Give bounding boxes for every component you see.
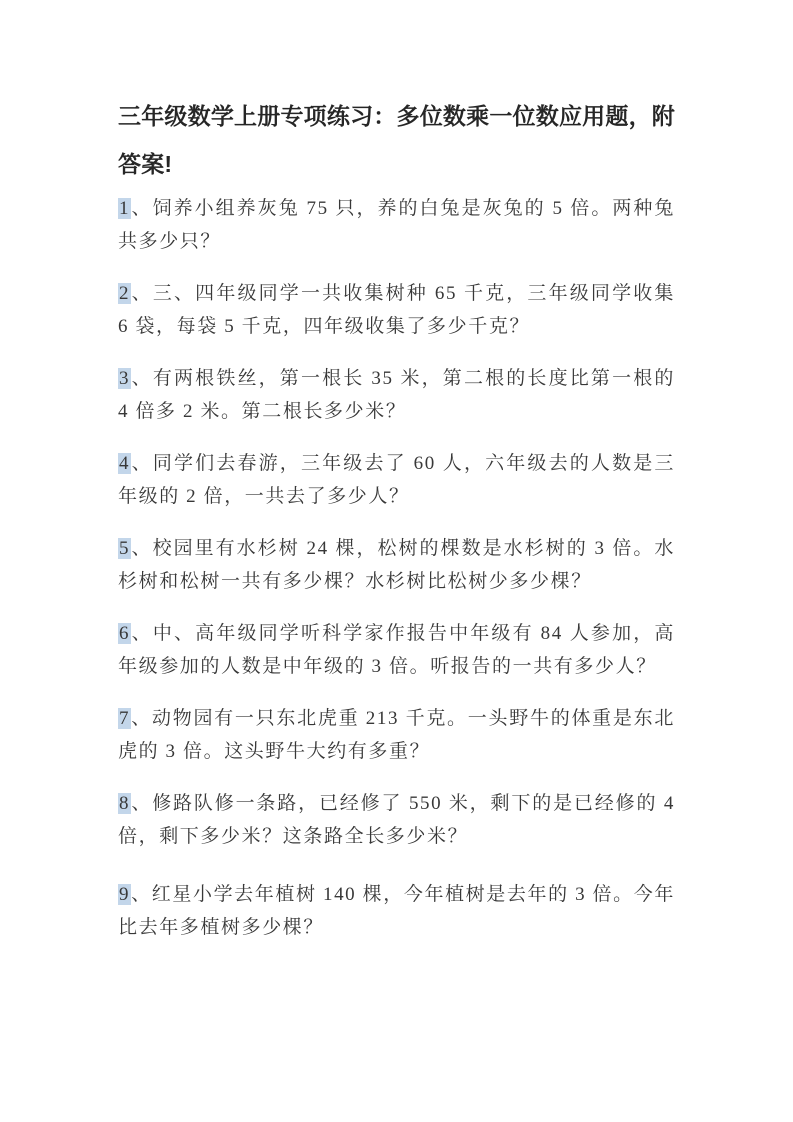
question-number-highlight: 1 — [118, 198, 131, 219]
question-text: 中、高年级同学听科学家作报告中年级有 84 人参加，高年级参加的人数是中年级的 … — [118, 623, 675, 677]
question-item: 1、饲养小组养灰兔 75 只，养的白兔是灰兔的 5 倍。两种兔共多少只？ — [118, 192, 675, 258]
question-separator: 、 — [131, 708, 152, 729]
question-separator: 、 — [131, 884, 152, 905]
question-text: 同学们去春游，三年级去了 60 人，六年级去的人数是三年级的 2 倍，一共去了多… — [118, 453, 675, 507]
question-item: 2、三、四年级同学一共收集树种 65 千克，三年级同学收集 6 袋，每袋 5 千… — [118, 277, 675, 343]
question-item: 3、有两根铁丝，第一根长 35 米，第二根的长度比第一根的 4 倍多 2 米。第… — [118, 362, 675, 428]
question-separator: 、 — [131, 198, 152, 219]
question-text: 有两根铁丝，第一根长 35 米，第二根的长度比第一根的 4 倍多 2 米。第二根… — [118, 368, 675, 422]
question-number-highlight: 7 — [118, 708, 131, 729]
question-text: 饲养小组养灰兔 75 只，养的白兔是灰兔的 5 倍。两种兔共多少只？ — [118, 198, 675, 252]
question-number-highlight: 5 — [118, 538, 131, 559]
page-title: 三年级数学上册专项练习：多位数乘一位数应用题，附答案! — [118, 92, 675, 188]
question-number-highlight: 8 — [118, 793, 131, 814]
question-text: 校园里有水杉树 24 棵，松树的棵数是水杉树的 3 倍。水杉树和松树一共有多少棵… — [118, 538, 675, 592]
question-number-highlight: 2 — [118, 283, 131, 304]
question-item: 6、中、高年级同学听科学家作报告中年级有 84 人参加，高年级参加的人数是中年级… — [118, 617, 675, 683]
question-separator: 、 — [131, 793, 152, 814]
question-text: 修路队修一条路，已经修了 550 米，剩下的是已经修的 4 倍，剩下多少米？这条… — [118, 793, 675, 847]
worksheet-page: 三年级数学上册专项练习：多位数乘一位数应用题，附答案! 1、饲养小组养灰兔 75… — [0, 0, 793, 1122]
question-item: 9、红星小学去年植树 140 棵，今年植树是去年的 3 倍。今年比去年多植树多少… — [118, 878, 675, 944]
question-number-highlight: 9 — [118, 884, 131, 905]
question-separator: 、 — [131, 453, 153, 474]
question-separator: 、 — [131, 623, 153, 644]
question-separator: 、 — [131, 283, 153, 304]
question-item: 4、同学们去春游，三年级去了 60 人，六年级去的人数是三年级的 2 倍，一共去… — [118, 447, 675, 513]
question-item: 7、动物园有一只东北虎重 213 千克。一头野牛的体重是东北虎的 3 倍。这头野… — [118, 702, 675, 768]
question-text: 动物园有一只东北虎重 213 千克。一头野牛的体重是东北虎的 3 倍。这头野牛大… — [118, 708, 675, 762]
question-number-highlight: 6 — [118, 623, 131, 644]
question-item: 5、校园里有水杉树 24 棵，松树的棵数是水杉树的 3 倍。水杉树和松树一共有多… — [118, 532, 675, 598]
question-separator: 、 — [131, 538, 152, 559]
question-number-highlight: 3 — [118, 368, 131, 389]
question-separator: 、 — [131, 368, 153, 389]
question-item: 8、修路队修一条路，已经修了 550 米，剩下的是已经修的 4 倍，剩下多少米？… — [118, 787, 675, 853]
question-number-highlight: 4 — [118, 453, 131, 474]
question-text: 三、四年级同学一共收集树种 65 千克，三年级同学收集 6 袋，每袋 5 千克，… — [118, 283, 675, 337]
question-text: 红星小学去年植树 140 棵，今年植树是去年的 3 倍。今年比去年多植树多少棵？ — [118, 884, 675, 938]
